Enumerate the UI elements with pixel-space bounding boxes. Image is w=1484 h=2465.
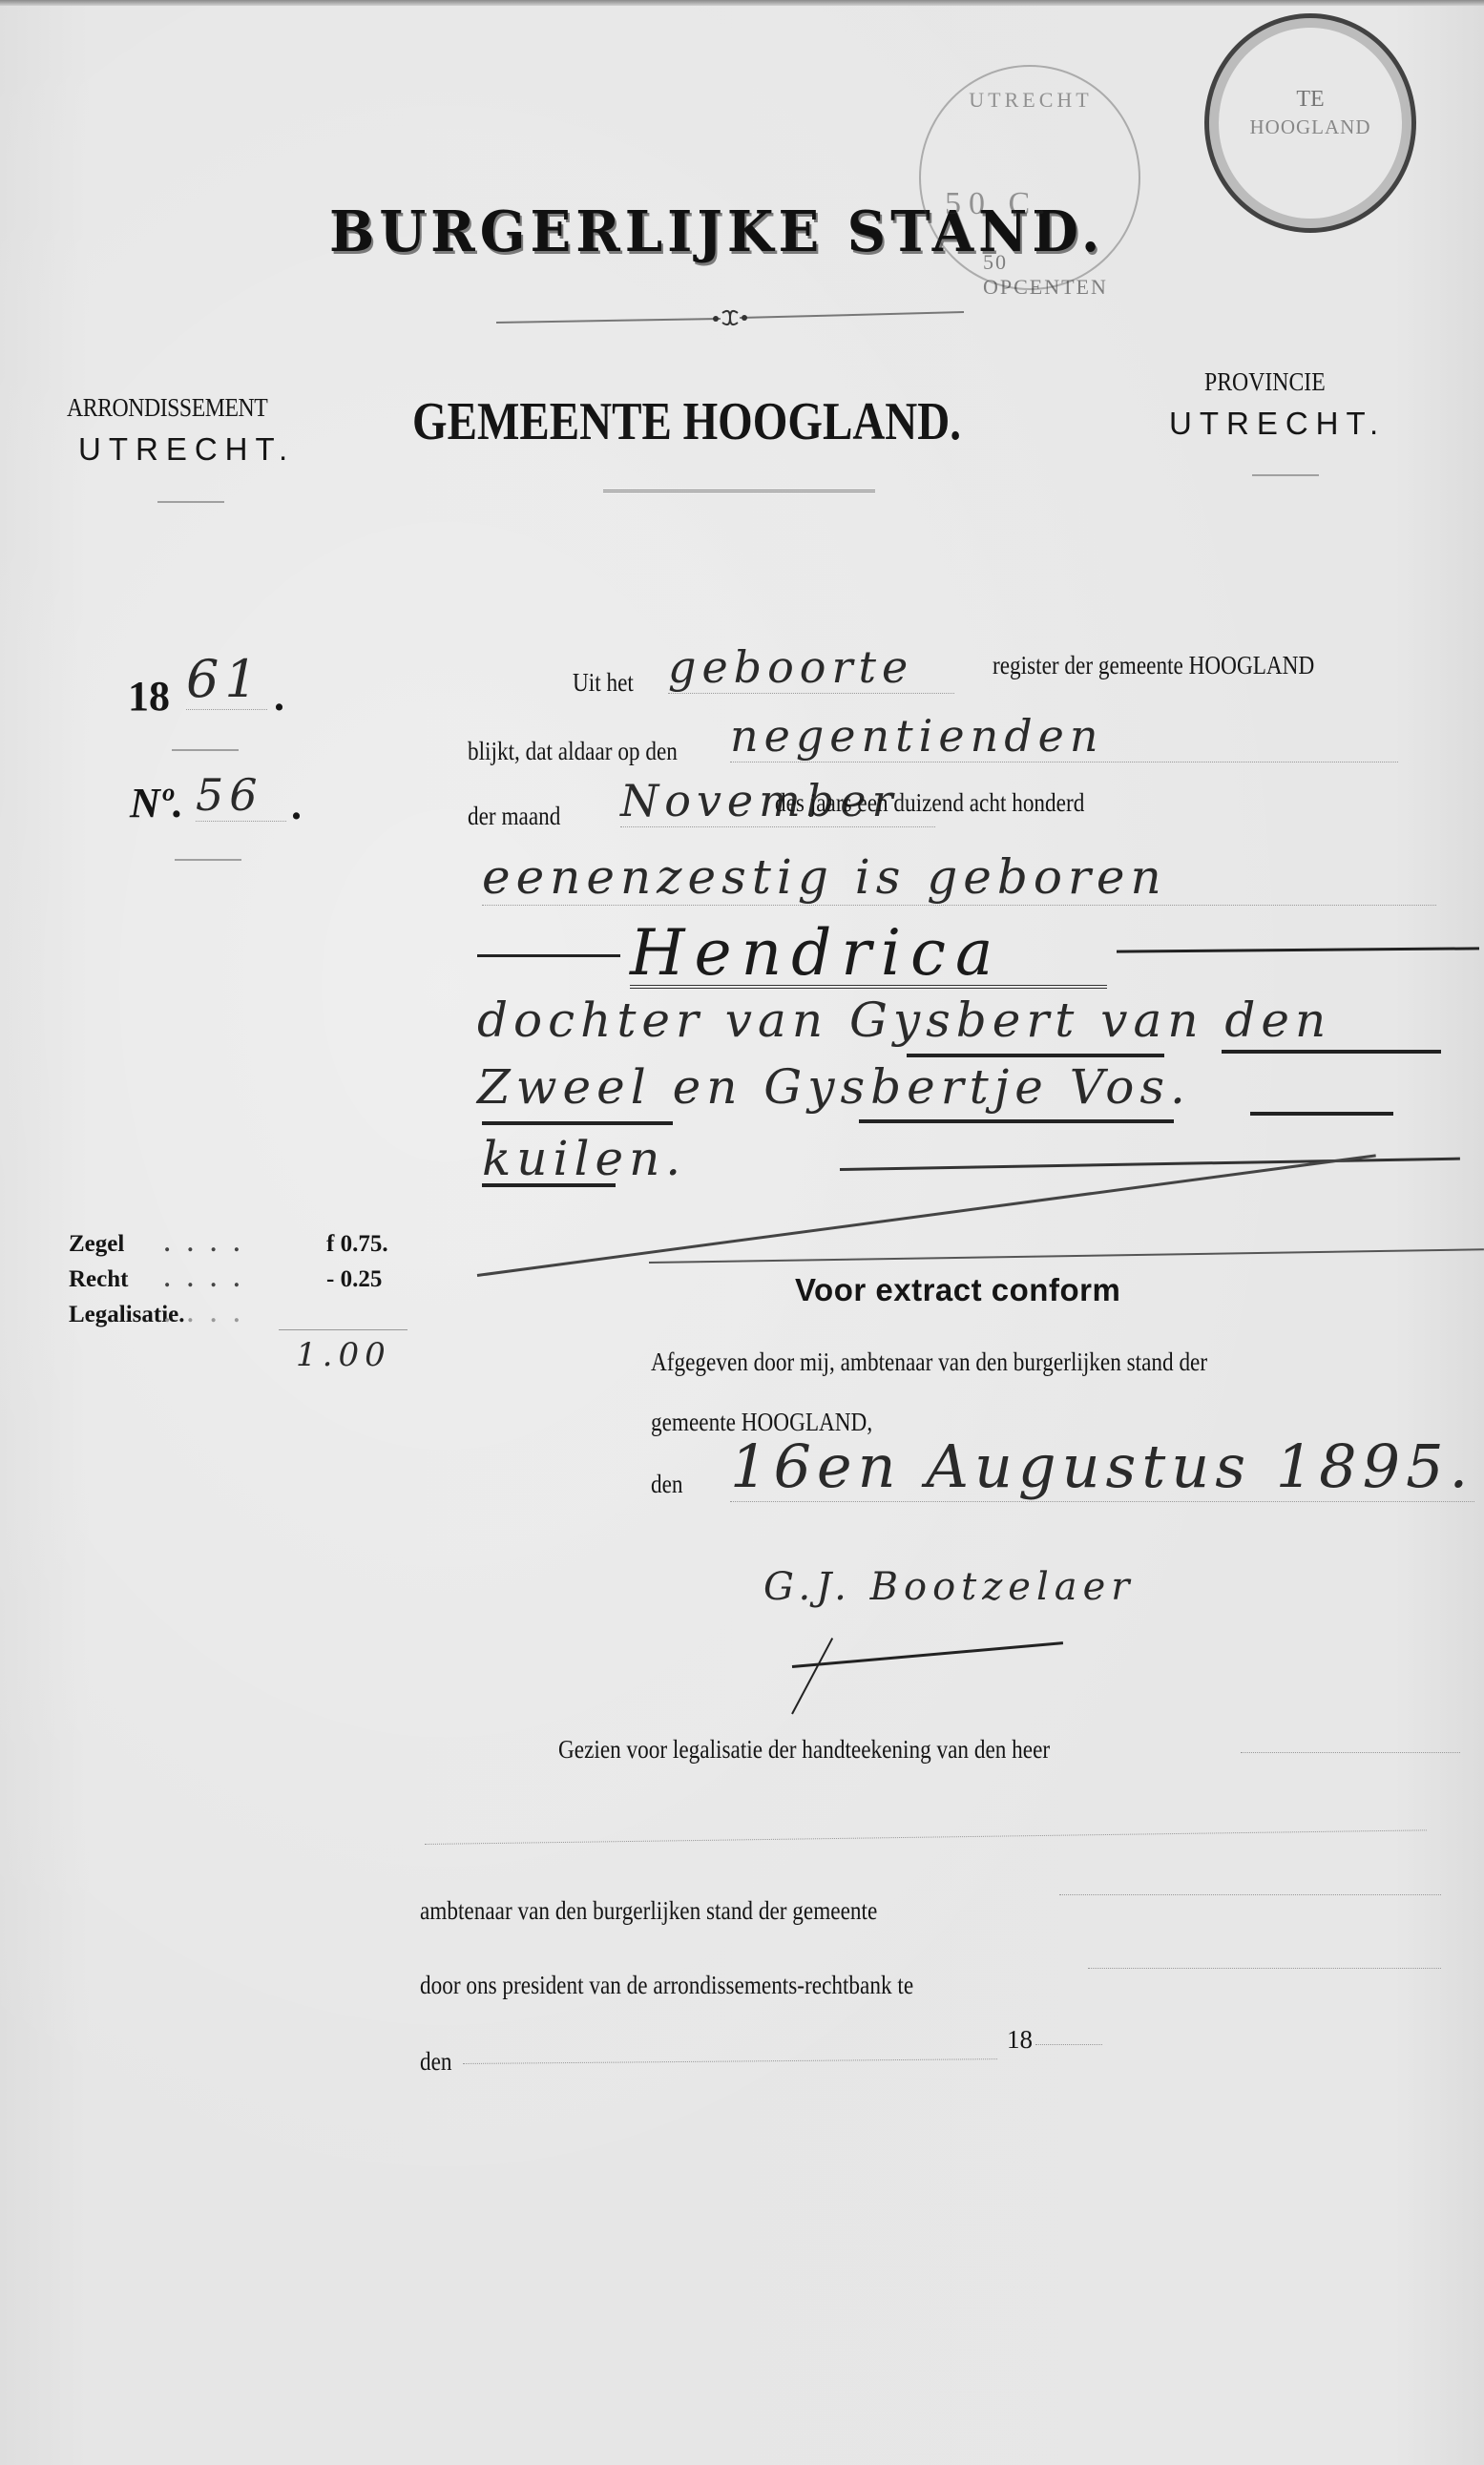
certificate-page: BURGERLIJKE STAND. ARRONDISSEMENT UTRECH…: [0, 0, 1484, 2465]
municipal-seal: TE HOOGLAND: [1204, 13, 1416, 233]
year-prefix: 18: [128, 672, 170, 721]
record-line1-prefix: Uit het: [573, 668, 634, 698]
record-line3-prefix: der maand: [468, 802, 560, 831]
divider: [175, 859, 241, 861]
fees-table: Zegel .... f 0.75. Recht .... - 0.25 Leg…: [69, 1226, 441, 1332]
fill-line: [1088, 1968, 1441, 1969]
year-handwritten: 61: [186, 649, 267, 710]
divider: [1252, 474, 1319, 476]
fill-line: [1059, 1894, 1441, 1895]
arrondissement-label: ARRONDISSEMENT: [67, 393, 267, 423]
record-line3-suffix: des jaars een duizend acht honderd: [775, 788, 1084, 818]
parents-line3: kuilen.: [482, 1131, 686, 1186]
signature-stroke: [791, 1638, 833, 1714]
legalisation-line3: door ons president van de arrondissement…: [420, 1971, 913, 2000]
provincie-value: UTRECHT.: [1169, 406, 1386, 442]
fee-label: Legalisatie.: [69, 1297, 164, 1332]
fill-line: [1117, 947, 1479, 952]
arrondissement-value: UTRECHT.: [78, 431, 295, 468]
seal-line2: HOOGLAND: [1209, 115, 1411, 139]
issued-line1: Afgegeven door mij, ambtenaar van den bu…: [651, 1347, 1207, 1377]
birth-year-words: eenenzestig is geboren: [482, 849, 1436, 906]
leader-dots: ....: [164, 1297, 326, 1332]
fee-row: Recht .... - 0.25: [69, 1262, 441, 1297]
page-top-edge: [0, 0, 1484, 6]
leader-dots: ....: [164, 1226, 326, 1262]
seal-line1: TE: [1209, 87, 1411, 113]
name-underline: [482, 1121, 673, 1125]
fill-line: [463, 2058, 997, 2064]
issued-date-label: den: [651, 1470, 683, 1499]
tax-stamp-top: UTRECHT: [959, 88, 1102, 113]
fee-value: f 0.75.: [326, 1226, 441, 1262]
fill-line: [1241, 1752, 1460, 1753]
leader-dots: ....: [164, 1262, 326, 1297]
legalisation-line1: Gezien voor legalisatie der handteekenin…: [558, 1735, 1050, 1765]
number-suffix: .: [291, 781, 302, 829]
number-label: Nº.: [130, 779, 183, 827]
sum-line: [279, 1329, 408, 1330]
signature-underline: [792, 1641, 1063, 1668]
extract-heading: Voor extract conform: [795, 1272, 1120, 1308]
name-underline: [1250, 1112, 1393, 1116]
closing-line: [649, 1248, 1484, 1264]
record-line2-prefix: blijkt, dat aldaar op den: [468, 737, 678, 766]
fee-value: - 0.25: [326, 1262, 441, 1297]
fill-line: [477, 954, 620, 957]
fee-value: [326, 1297, 441, 1332]
number-handwritten: 56: [196, 769, 286, 822]
divider: [172, 749, 239, 751]
birth-day: negentienden: [730, 710, 1398, 762]
parents-line1: dochter van Gysbert van den: [477, 992, 1331, 1048]
parents-line2: Zweel en Gysbertje Vos.: [477, 1059, 1191, 1115]
issued-date: 16en Augustus 1895.: [730, 1431, 1474, 1502]
name-underline: [907, 1054, 1164, 1057]
tax-stamp-bottom: 50 OPCENTEN: [983, 250, 1139, 300]
fee-label: Recht: [69, 1262, 164, 1297]
child-name: Hendrica: [630, 916, 1002, 990]
gemeente-title: GEMEENTE HOOGLAND.: [412, 391, 961, 452]
legalisation-date-label: den: [420, 2047, 452, 2077]
record-line1-suffix: register der gemeente HOOGLAND: [993, 651, 1314, 680]
legalisation-line2: ambtenaar van den burgerlijken stand der…: [420, 1896, 877, 1926]
official-signature: G.J. Bootzelaer: [763, 1565, 1135, 1609]
ornament-divider-icon: [491, 303, 969, 332]
register-type: geboorte: [668, 641, 954, 694]
closing-line: [840, 1158, 1460, 1171]
legalisation-year-prefix: 18: [1007, 2025, 1033, 2055]
fill-line: [1035, 2044, 1102, 2045]
fill-line: [425, 1829, 1427, 1845]
name-underline: [1222, 1050, 1441, 1054]
name-underline: [859, 1119, 1174, 1123]
fee-row: Zegel .... f 0.75.: [69, 1226, 441, 1262]
provincie-label: PROVINCIE: [1204, 367, 1326, 397]
fees-total: 1.00: [296, 1336, 391, 1374]
fee-label: Zegel: [69, 1226, 164, 1262]
divider: [157, 501, 224, 503]
divider: [603, 490, 875, 492]
tax-stamp-value: 50 C.: [945, 186, 1054, 222]
tax-stamp: UTRECHT 50 C. 50 OPCENTEN: [919, 65, 1140, 290]
year-suffix: .: [274, 672, 284, 721]
name-underline: [482, 1183, 616, 1187]
name-underline: [630, 985, 1107, 989]
fee-row: Legalisatie. ....: [69, 1297, 441, 1332]
